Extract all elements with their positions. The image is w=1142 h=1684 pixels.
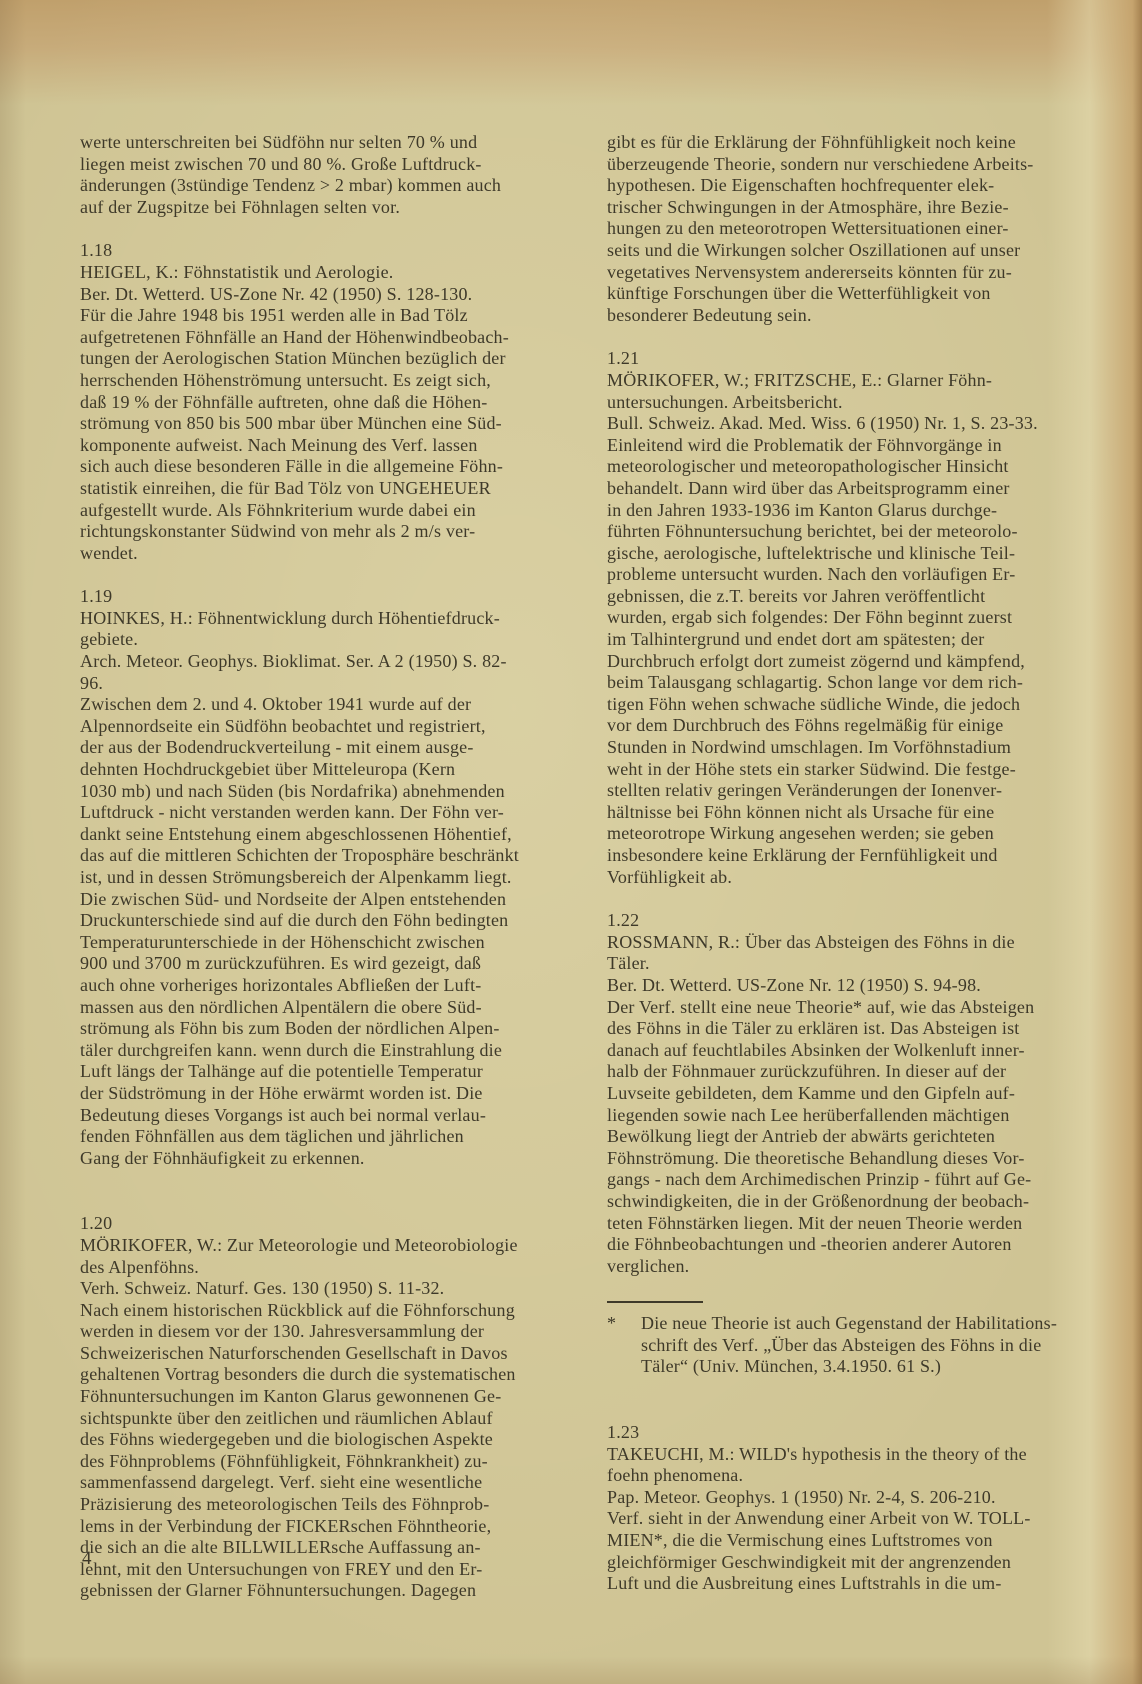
entry-source: Arch. Meteor. Geophys. Bioklimat. Ser. A… [80,651,580,694]
entry-source: Ber. Dt. Wetterd. US-Zone Nr. 12 (1950) … [607,975,1112,997]
entry-abstract: Der Verf. stellt eine neue Theorie* auf,… [607,997,1112,1278]
entry-abstract: Einleitend wird die Problematik der Föhn… [607,435,1112,888]
left-column: werte unterschreiten bei Südföhn nur sel… [80,132,580,1602]
entry-number: 1.21 [607,348,1112,370]
footnote: * Die neue Theorie ist auch Gegenstand d… [607,1301,1112,1378]
bib-entry-1-20: 1.20 MÖRIKOFER, W.: Zur Meteorologie und… [80,1213,580,1602]
entry-citation: ROSSMANN, R.: Über das Absteigen des Föh… [607,932,1112,975]
footnote-marker: * [607,1313,641,1378]
continuation-paragraph: werte unterschreiten bei Südföhn nur sel… [80,132,580,218]
entry-citation: HOINKES, H.: Föhnentwicklung durch Höhen… [80,608,580,651]
entry-number: 1.20 [80,1213,580,1235]
entry-abstract: Zwischen dem 2. und 4. Oktober 1941 wurd… [80,694,580,1169]
bib-entry-1-23: 1.23 TAKEUCHI, M.: WILD's hypothesis in … [607,1422,1112,1595]
bib-entry-1-21: 1.21 MÖRIKOFER, W.; FRITZSCHE, E.: Glarn… [607,348,1112,888]
bib-entry-1-18: 1.18 HEIGEL, K.: Föhnstatistik und Aerol… [80,240,580,564]
page-number: 4 [82,1548,92,1570]
footnote-text: Die neue Theorie ist auch Gegenstand der… [641,1313,1112,1378]
entry-number: 1.19 [80,586,580,608]
bib-entry-1-19: 1.19 HOINKES, H.: Föhnentwicklung durch … [80,586,580,1169]
entry-number: 1.18 [80,240,580,262]
entry-number: 1.22 [607,910,1112,932]
entry-source: Verh. Schweiz. Naturf. Ges. 130 (1950) S… [80,1278,580,1300]
entry-citation: TAKEUCHI, M.: WILD's hypothesis in the t… [607,1444,1112,1487]
entry-abstract: Für die Jahre 1948 bis 1951 werden alle … [80,305,580,564]
right-column: gibt es für die Erklärung der Föhnfühlig… [607,132,1112,1595]
entry-citation: MÖRIKOFER, W.: Zur Meteorologie und Mete… [80,1235,580,1278]
footnote-rule [607,1301,703,1303]
entry-citation: HEIGEL, K.: Föhnstatistik und Aerologie. [80,262,580,284]
continuation-paragraph: gibt es für die Erklärung der Föhnfühlig… [607,132,1112,326]
entry-number: 1.23 [607,1422,1112,1444]
entry-source: Bull. Schweiz. Akad. Med. Wiss. 6 (1950)… [607,413,1112,435]
entry-citation: MÖRIKOFER, W.; FRITZSCHE, E.: Glarner Fö… [607,370,1112,413]
entry-source: Ber. Dt. Wetterd. US-Zone Nr. 42 (1950) … [80,284,580,306]
scan-top-shadow [0,0,1142,105]
scan-bottom-shadow [0,1656,1142,1684]
scan-left-shadow [0,0,26,1684]
entry-abstract: Verf. sieht in der Anwendung einer Arbei… [607,1508,1112,1594]
bib-entry-1-22: 1.22 ROSSMANN, R.: Über das Absteigen de… [607,910,1112,1277]
entry-source: Pap. Meteor. Geophys. 1 (1950) Nr. 2-4, … [607,1487,1112,1509]
entry-abstract: Nach einem historischen Rückblick auf di… [80,1300,580,1602]
